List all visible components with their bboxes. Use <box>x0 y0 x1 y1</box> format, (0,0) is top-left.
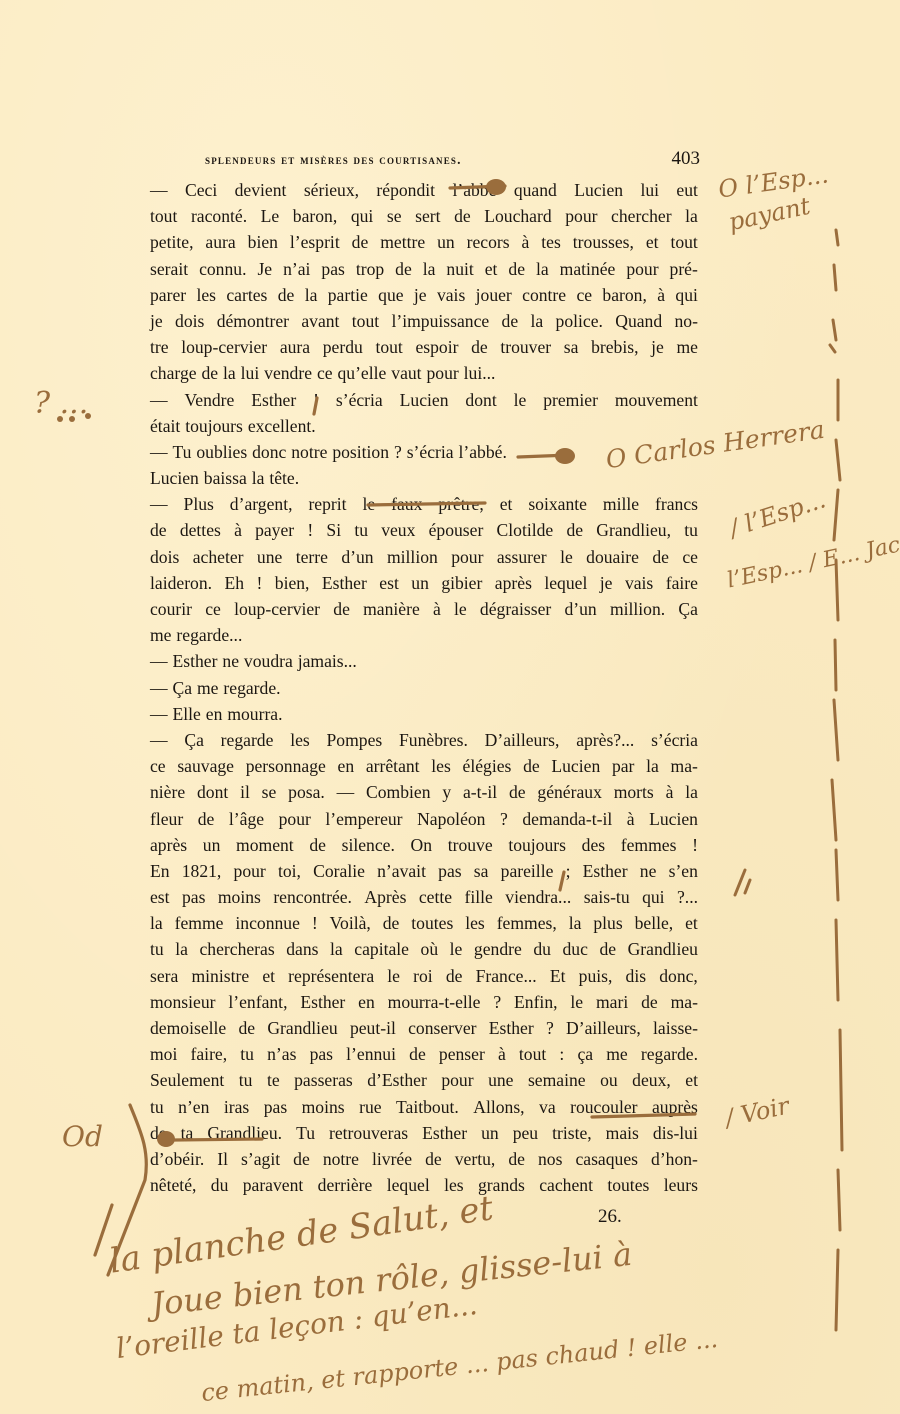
word: derrière <box>318 1172 373 1198</box>
word: trouve <box>448 832 493 858</box>
word: répondit <box>376 177 435 203</box>
word: mouvement <box>615 387 698 413</box>
word: dans <box>286 936 318 962</box>
word: million. <box>610 596 665 622</box>
word: tu <box>239 1067 253 1093</box>
word: dont <box>465 387 496 413</box>
text-line: —Plusd’argent,repritlefauxprêtre,etsoixa… <box>150 491 698 517</box>
word: élégies <box>463 753 512 779</box>
word: semaine <box>528 1067 586 1093</box>
word: Esther <box>489 1015 534 1041</box>
word: ça <box>577 1041 593 1067</box>
word: Elle <box>173 701 201 727</box>
word: à <box>657 282 665 308</box>
word: paravent <box>243 1172 304 1198</box>
word: France... <box>476 963 537 989</box>
word: en <box>206 701 223 727</box>
word: de <box>471 334 488 360</box>
word: l’empereur <box>325 806 402 832</box>
word: d’un <box>341 544 373 570</box>
word: assurer <box>497 544 547 570</box>
word: Coralie <box>313 858 365 884</box>
word: — <box>337 779 355 805</box>
word: de <box>150 1120 167 1146</box>
word: ; <box>566 858 571 884</box>
word: le <box>560 544 573 570</box>
word: demanda-t-il <box>522 806 612 832</box>
word: de <box>446 963 463 989</box>
word: regarde. <box>223 675 280 701</box>
word: Tu <box>173 439 192 465</box>
word: manière <box>363 596 420 622</box>
word: me <box>197 675 219 701</box>
word: plus <box>593 910 622 936</box>
word: n’avait <box>377 858 426 884</box>
word: mais <box>606 1120 639 1146</box>
running-title: SPLENDEURS ET MISÈRES DES COURTISANES. <box>205 152 462 168</box>
word: de <box>425 1146 442 1172</box>
text-line: aprèsunmomentdesilence.Ontrouvetoujoursd… <box>150 832 698 858</box>
word: et <box>500 491 513 517</box>
word: penser <box>439 1041 485 1067</box>
word: petite, <box>150 229 193 255</box>
word: Allons, <box>473 1094 524 1120</box>
text-line: —VendreEsther!s’écriaLuciendontlepremier… <box>150 387 698 413</box>
word: tu <box>150 936 164 962</box>
word: à <box>433 596 441 622</box>
word: — <box>150 387 168 413</box>
word: de <box>293 1146 310 1172</box>
word: d’un <box>564 596 596 622</box>
word: à <box>666 779 674 805</box>
word: vendre <box>264 360 312 386</box>
word: Grandlieu <box>628 936 698 962</box>
word: femmes <box>621 832 677 858</box>
word: acheter <box>193 544 244 570</box>
word: femmes, <box>497 910 557 936</box>
word: de <box>198 806 215 832</box>
word: baron, <box>602 282 646 308</box>
word: dettes <box>180 517 221 543</box>
body-text: —Cecidevientsérieux,réponditl’abbéquandL… <box>150 177 698 1198</box>
word: moi <box>150 1041 177 1067</box>
word: s’en <box>669 858 698 884</box>
word: Si <box>326 517 341 543</box>
word: je <box>414 282 427 308</box>
word: Lucien <box>150 465 199 491</box>
word: — <box>150 491 168 517</box>
page-number: 403 <box>672 148 701 170</box>
word: trousses, <box>573 229 634 255</box>
word: sérieux, <box>304 177 359 203</box>
word: gendre <box>474 936 522 962</box>
word: duc <box>562 936 587 962</box>
text-line: d’obéir.Ils’agitdenotrelivréedevertu,den… <box>150 1146 698 1172</box>
word: douaire <box>586 544 639 570</box>
word: n’ai <box>283 256 310 282</box>
text-line: nièredontilseposa.—Combienya-t-ildegénér… <box>150 779 698 805</box>
word: Le <box>261 203 280 229</box>
word: Seulement <box>150 1067 224 1093</box>
word: charge <box>150 360 197 386</box>
word: par <box>612 753 634 779</box>
word: le <box>454 596 467 622</box>
word: la <box>569 910 582 936</box>
word: brebis, <box>591 334 638 360</box>
word: mourra-t-elle <box>388 989 481 1015</box>
word: de <box>150 517 167 543</box>
word: le <box>387 963 400 989</box>
word: Ça <box>678 596 698 622</box>
word: espoir <box>415 334 458 360</box>
word: vais <box>437 282 465 308</box>
word: faire <box>666 570 698 596</box>
word: chercheras <box>199 936 274 962</box>
word: des <box>582 832 605 858</box>
word: Esther <box>322 570 367 596</box>
word: ? <box>493 989 501 1015</box>
word: D’ailleurs, <box>566 1015 641 1041</box>
word: Ça <box>184 727 204 753</box>
text-line: moifaire,tun’aspasl’ennuidepenseràtout:ç… <box>150 1041 698 1067</box>
word: Eh <box>224 570 244 596</box>
text-line: tulachercherasdanslacapitaleoùlegendredu… <box>150 936 698 962</box>
text-line: cesauvagepersonnageenarrêtantlesélégiesd… <box>150 753 698 779</box>
word: jamais... <box>298 648 357 674</box>
word: Clotilde <box>497 517 554 543</box>
word: de <box>333 596 350 622</box>
word: la <box>305 282 318 308</box>
word: Esther <box>300 989 345 1015</box>
word: dois <box>150 544 179 570</box>
word: — <box>150 648 168 674</box>
word: loup-cervier <box>234 596 320 622</box>
word: donc, <box>659 963 698 989</box>
word: et <box>646 229 659 255</box>
text-line: detaGrandlieu.TuretrouverasEstherunpeutr… <box>150 1120 698 1146</box>
word: et <box>685 1067 698 1093</box>
word: d’argent, <box>230 491 293 517</box>
text-line: —Cecidevientsérieux,réponditl’abbéquandL… <box>150 177 698 203</box>
word: démontrer <box>217 308 289 334</box>
word: de <box>652 544 669 570</box>
word: s’écria <box>651 727 698 753</box>
text-line: treloup-cervierauraperdutoutespoirdetrou… <box>150 334 698 360</box>
word: demoiselle <box>150 1015 226 1041</box>
word: qui <box>351 203 373 229</box>
word: à <box>627 806 635 832</box>
word: un <box>481 1120 499 1146</box>
word: un <box>437 229 455 255</box>
word: il <box>240 779 250 805</box>
word: — <box>150 439 168 465</box>
word: eut <box>676 177 698 203</box>
word: la <box>330 936 343 962</box>
word: en <box>338 753 355 779</box>
word: Enfin, <box>514 989 558 1015</box>
word: lui... <box>464 360 496 386</box>
word: excellent. <box>248 413 316 439</box>
word: après <box>495 570 532 596</box>
word: me <box>150 622 172 648</box>
word: moins <box>218 884 261 910</box>
annotation-left-2: Od <box>62 1120 103 1153</box>
word: vaut <box>391 360 421 386</box>
word: parer <box>150 282 186 308</box>
word: Louchard <box>484 203 551 229</box>
word: Funèbres. <box>399 727 468 753</box>
text-line: toutraconté.Lebaron,quisesertdeLouchardp… <box>150 203 698 229</box>
word: les <box>290 727 310 753</box>
word: de <box>508 256 525 282</box>
word: tout <box>670 229 697 255</box>
word: mettre <box>380 229 425 255</box>
word: a-t-il <box>463 779 497 805</box>
word: Napoléon <box>417 806 485 832</box>
word: tout <box>519 1041 546 1067</box>
word: la <box>536 256 549 282</box>
word: tête. <box>269 465 299 491</box>
word: moment <box>236 832 294 858</box>
word: et <box>262 963 275 989</box>
word: s’écria <box>407 439 454 465</box>
word: le <box>450 936 463 962</box>
word: de <box>383 910 400 936</box>
word: notre <box>291 439 327 465</box>
word: qui <box>675 282 697 308</box>
word: pas <box>321 256 344 282</box>
word: iras <box>224 1094 249 1120</box>
word: ? <box>394 439 402 465</box>
word: Lucien <box>574 177 623 203</box>
word: Esther <box>583 858 628 884</box>
word: ce <box>205 596 221 622</box>
word: de <box>409 1041 426 1067</box>
word: raconté. <box>191 203 247 229</box>
word: triste, <box>552 1120 592 1146</box>
word: pour <box>451 544 483 570</box>
word: D’ailleurs, <box>485 727 560 753</box>
word: tre <box>150 334 169 360</box>
word: de <box>523 753 540 779</box>
word: Pompes <box>327 727 383 753</box>
word: tout <box>375 334 402 360</box>
word: lequel <box>387 1172 430 1198</box>
word: ! <box>692 832 698 858</box>
page-header: SPLENDEURS ET MISÈRES DES COURTISANES. 4… <box>205 148 700 170</box>
word: s’écria <box>336 387 383 413</box>
word: faire, <box>191 1041 228 1067</box>
word: les <box>465 910 485 936</box>
word: la <box>685 779 698 805</box>
word: million <box>387 544 438 570</box>
word: en <box>358 989 375 1015</box>
word: tout <box>150 203 177 229</box>
word: pour <box>626 256 658 282</box>
word: quand <box>514 177 557 203</box>
word: ne <box>640 858 657 884</box>
word: Esther <box>173 648 218 674</box>
word: après?... <box>576 727 634 753</box>
word: de <box>509 779 526 805</box>
word: rencontrée. <box>273 884 352 910</box>
word: Plus <box>184 491 214 517</box>
word: Ceci <box>185 177 217 203</box>
word: te <box>267 1067 280 1093</box>
word: à <box>498 1041 506 1067</box>
word: tout <box>352 308 379 334</box>
text-line: fleurdel’âgepourl’empereurNapoléon?deman… <box>150 806 698 832</box>
word: ? <box>546 1015 554 1041</box>
word: le <box>362 491 375 517</box>
word: toi, <box>278 858 301 884</box>
text-line: —Elleenmourra. <box>150 701 698 727</box>
word: loup-cervier <box>181 334 267 360</box>
word: dois <box>175 308 204 334</box>
word: n’as <box>267 1041 296 1067</box>
word: bien, <box>275 570 310 596</box>
word: recors <box>467 229 510 255</box>
word: baissa <box>204 465 247 491</box>
word: épouser <box>429 517 484 543</box>
word: de <box>352 229 369 255</box>
word: pareille <box>501 858 554 884</box>
word: et <box>485 256 498 282</box>
word: du <box>211 1172 229 1198</box>
word: Esther <box>422 1120 467 1146</box>
word: rue <box>359 1094 381 1120</box>
word: ! <box>313 387 319 413</box>
word: Tu <box>296 1120 315 1146</box>
word: devient <box>235 177 287 203</box>
word: ce <box>682 544 698 570</box>
text-line: lafemmeinconnue!Voilà,detouteslesfemmes,… <box>150 910 698 936</box>
word: l’abbé. <box>459 439 507 465</box>
text-line: nêteté,duparaventderrièrelequellesgrands… <box>150 1172 698 1198</box>
word: payer <box>255 517 294 543</box>
word: Et <box>550 963 566 989</box>
word: Grandlieu. <box>207 1120 282 1146</box>
word: la <box>252 465 265 491</box>
word: faux <box>391 491 422 517</box>
word: pour <box>441 1067 473 1093</box>
word: livrée <box>372 1146 412 1172</box>
word: Esther <box>251 387 296 413</box>
word: pré- <box>670 256 698 282</box>
word: Grandlieu, <box>596 517 671 543</box>
text-line: jedoisdémontreravanttoutl’impuissancedel… <box>150 308 698 334</box>
word: ce <box>576 282 592 308</box>
word: 1821, <box>182 858 222 884</box>
word: après <box>150 832 187 858</box>
word: de <box>566 517 583 543</box>
word: Je <box>257 256 272 282</box>
word: qu’elle <box>337 360 386 386</box>
text-line: estpasmoinsrencontrée.Aprèscettefillevie… <box>150 884 698 910</box>
word: le <box>514 387 527 413</box>
word: vais <box>625 570 653 596</box>
word: l’ennui <box>346 1041 396 1067</box>
text-line: courirceloup-cervierdemanièreàledégraiss… <box>150 596 698 622</box>
word: silence. <box>342 832 395 858</box>
word: un <box>411 570 429 596</box>
word: mille <box>603 491 639 517</box>
word: femme <box>175 910 224 936</box>
word: connu. <box>199 256 246 282</box>
word: courir <box>150 596 192 622</box>
word: ! <box>256 570 262 596</box>
word: est <box>379 570 399 596</box>
word: tu <box>240 1041 254 1067</box>
word: arrêtant <box>366 753 420 779</box>
word: capitale <box>354 936 409 962</box>
word: dégraisser <box>480 596 551 622</box>
word: contre <box>522 282 566 308</box>
word: Taitbout. <box>396 1094 459 1120</box>
word: de <box>599 936 616 962</box>
word: la <box>685 203 698 229</box>
text-line: petite,aurabienl’espritdemettreunrecorsà… <box>150 229 698 255</box>
word: passeras <box>294 1067 353 1093</box>
word: Vendre <box>185 387 235 413</box>
word: veux <box>381 517 415 543</box>
word: tu <box>150 1094 164 1120</box>
word: dont <box>197 779 228 805</box>
word: la <box>223 360 236 386</box>
word: n’en <box>178 1094 209 1120</box>
word: ce <box>150 753 166 779</box>
word: ! <box>307 517 313 543</box>
word: la <box>150 910 163 936</box>
word: Après <box>364 884 406 910</box>
word: trouver <box>500 334 551 360</box>
word: va <box>539 1094 556 1120</box>
word: — <box>150 727 168 753</box>
word: nêteté, <box>150 1172 196 1198</box>
word: nuit <box>446 256 473 282</box>
word: ministre <box>191 963 249 989</box>
text-line: seraitconnu.Jen’aipastropdelanuitetdelam… <box>150 256 698 282</box>
word: tes <box>541 229 561 255</box>
word: regarde. <box>641 1041 698 1067</box>
word: fille <box>465 884 493 910</box>
word: où <box>421 936 439 962</box>
word: jouer <box>476 282 512 308</box>
word: aura <box>280 334 310 360</box>
word: je <box>150 308 163 334</box>
word: se <box>262 779 277 805</box>
word: no- <box>674 308 697 334</box>
word: pour <box>234 858 266 884</box>
word: pas <box>264 1094 287 1120</box>
word: était <box>150 413 180 439</box>
word: sais-tu <box>584 884 630 910</box>
word: peu <box>513 1120 538 1146</box>
text-line: En1821,pourtoi,Coralien’avaitpassapareil… <box>150 858 698 884</box>
word: laisse- <box>653 1015 698 1041</box>
word: nière <box>150 779 185 805</box>
word: Voilà, <box>330 910 371 936</box>
word: roi <box>413 963 433 989</box>
word: lui <box>241 360 260 386</box>
word: position <box>332 439 389 465</box>
word: premier <box>543 387 598 413</box>
word: ma- <box>671 753 698 779</box>
text-line: —Çameregarde. <box>150 675 698 701</box>
word: la <box>423 256 436 282</box>
word: francs <box>655 491 698 517</box>
word: ma- <box>671 989 698 1015</box>
